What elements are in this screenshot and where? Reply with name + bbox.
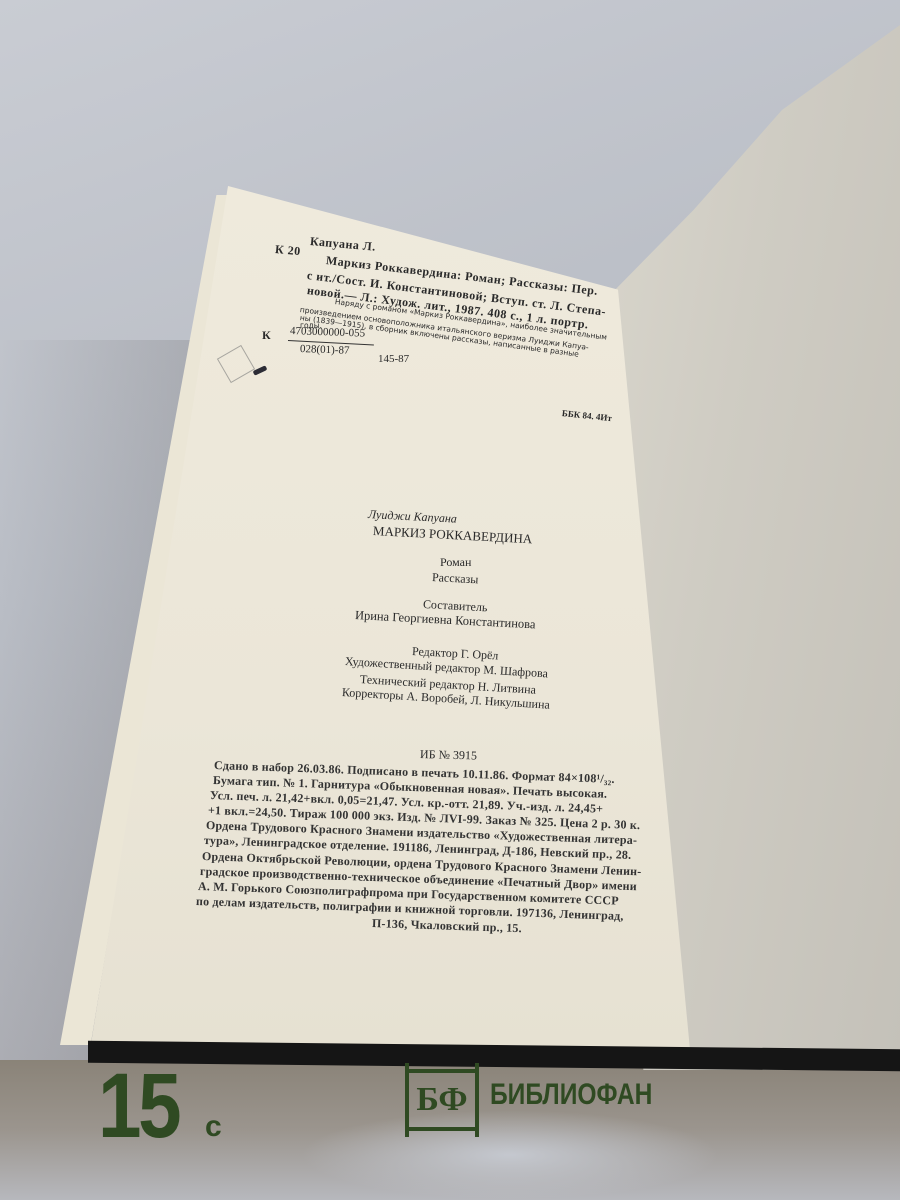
code-denominator: 028(01)-87 — [300, 343, 350, 357]
code-prefix: К — [262, 328, 271, 343]
imprint-page-text: К 20 Капуана Л. Маркиз Роккавердина: Ром… — [0, 0, 900, 1200]
bibliofan-book-logo-icon: БФ — [405, 1063, 479, 1137]
price-currency: с — [205, 1110, 222, 1144]
genre-novel: Роман — [440, 555, 471, 570]
code-numerator: 4703000000-055 — [290, 325, 366, 340]
genre-stories: Рассказы — [432, 570, 479, 587]
catalog-index: К 20 — [274, 242, 301, 259]
library-stamp — [217, 345, 255, 383]
catalog-author: Капуана Л. — [309, 234, 376, 255]
bbk-code: ББК 84. 4Ит — [561, 408, 612, 423]
price-label: 15 — [98, 1060, 178, 1152]
book-title: МАРКИЗ РОККАВЕРДИНА — [373, 523, 533, 547]
logo-letters: БФ — [416, 1081, 467, 1119]
brand-name: БИБЛИОФАН — [490, 1078, 652, 1112]
ib-number: ИБ № 3915 — [420, 747, 477, 763]
code-suffix: 145-87 — [378, 353, 409, 365]
pencil-mark — [253, 365, 268, 375]
